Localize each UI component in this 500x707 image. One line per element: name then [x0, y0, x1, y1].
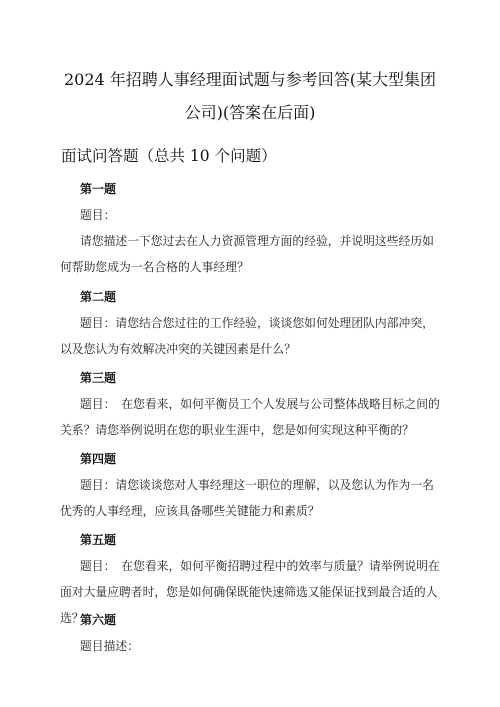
question-5-text: 题目： 在您看来，如何平衡招聘过程中的效率与质量？请举例说明在面对大量应聘者时，…: [60, 553, 440, 631]
question-4-text: 题目：请您谈谈您对人事经理这一职位的理解，以及您认为作为一名优秀的人事经理，应该…: [60, 472, 440, 524]
question-2-heading: 第二题: [80, 289, 116, 305]
question-6-label: 题目描述：: [80, 633, 460, 659]
document-page: 2024 年招聘人事经理面试题与参考回答(某大型集团 公司)(答案在后面) 面试…: [0, 0, 500, 707]
section-heading: 面试问答题（总共 10 个问题）: [61, 146, 277, 166]
document-title-line2: 公司)(答案在后面): [0, 103, 500, 123]
question-1-label: 题目：: [80, 202, 460, 228]
question-6-heading: 第六题: [80, 612, 116, 628]
question-5-heading: 第五题: [80, 532, 116, 548]
question-1-heading: 第一题: [80, 181, 116, 197]
question-3-text: 题目： 在您看来，如何平衡员工个人发展与公司整体战略目标之间的关系？请您举例说明…: [60, 391, 440, 443]
question-2-text: 题目：请您结合您过往的工作经验，谈谈您如何处理团队内部冲突，以及您认为有效解决冲…: [60, 310, 440, 362]
question-4-heading: 第四题: [80, 451, 116, 467]
document-title-line1: 2024 年招聘人事经理面试题与参考回答(某大型集团: [0, 70, 500, 90]
question-3-heading: 第三题: [80, 370, 116, 386]
question-1-text: 请您描述一下您过去在人力资源管理方面的经验，并说明这些经历如何帮助您成为一名合格…: [60, 228, 440, 280]
